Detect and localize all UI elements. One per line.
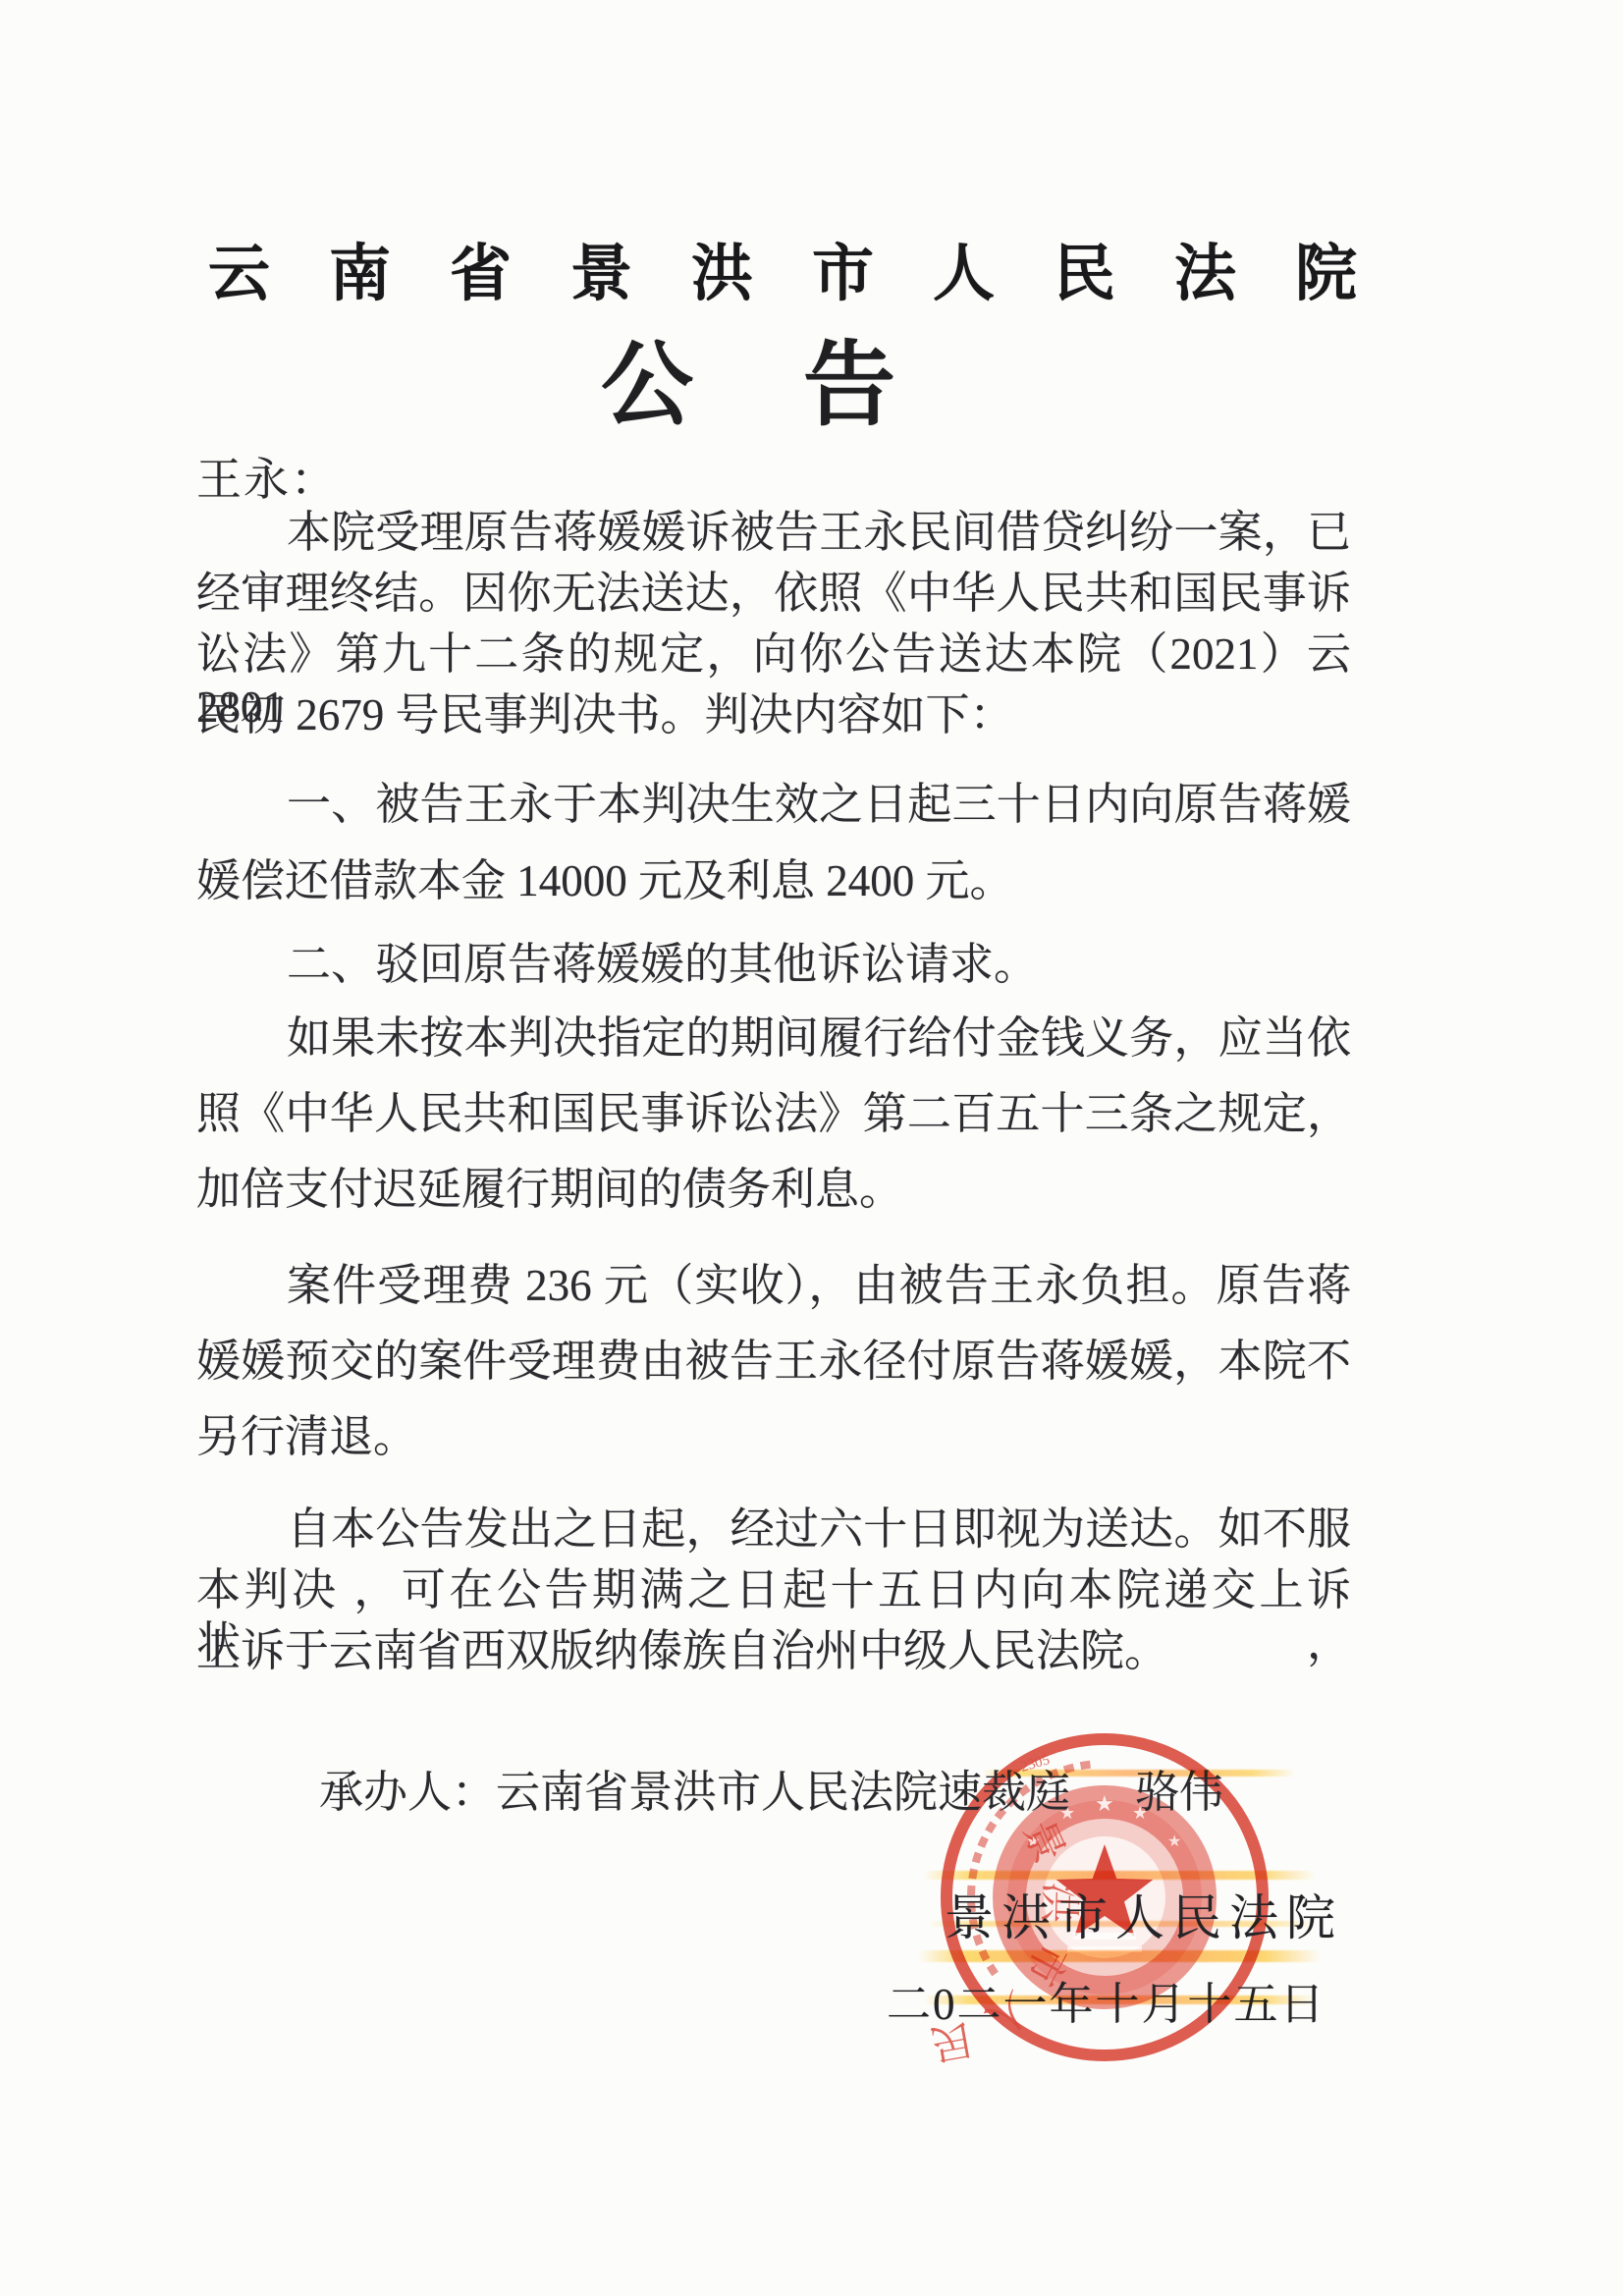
body-line: 上诉于云南省西双版纳傣族自治州中级人民法院。 [196,1624,1351,1677]
notice-heading: 公告 [601,310,1005,443]
body-line: 案件受理费 236 元（实收），由被告王永负担。原告蒋 [196,1259,1351,1312]
scan-highlight-streak [918,1950,1321,1962]
body-line: 另行清退。 [196,1410,1351,1463]
body-line: 二、驳回原告蒋媛媛的其他诉讼请求。 [196,938,1351,991]
body-line: 媛偿还借款本金 14000 元及利息 2400 元。 [196,854,1351,907]
body-line: 照《中华人民共和国民事诉讼法》第二百五十三条之规定， [196,1087,1351,1140]
signature-court-name: 景洪市人民法院 [945,1879,1343,1949]
court-notice-document: 云南省景洪市人民法院 公告 王永： 本院受理原告蒋媛媛诉被告王永民间借贷纠纷一案… [0,0,1623,2296]
organizer-label: 承办人：云南省景洪市人民法院速裁庭 [319,1768,1070,1817]
scan-highlight-streak [923,1871,1316,1880]
body-line: 如果未按本判决指定的期间履行给付金钱义务，应当依 [196,1011,1351,1065]
body-line: 民初 2679 号民事判决书。判决内容如下： [196,688,1351,741]
body-line: 一、被告王永于本判决生效之日起三十日内向原告蒋媛 [196,778,1351,831]
body-line: 本院受理原告蒋媛媛诉被告王永民间借贷纠纷一案，已 [196,506,1351,559]
scan-highlight-streak [923,1995,1316,2004]
seal-small-star-icon: ★ [1167,1833,1181,1850]
organizer-line: 承办人：云南省景洪市人民法院速裁庭骆伟 [319,1756,1223,1820]
body-line: 加倍支付迟延履行期间的债务利息。 [196,1163,1351,1216]
court-title: 云南省景洪市人民法院 [208,224,1416,313]
body-line: 自本公告发出之日起，经过六十日即视为送达。如不服 [196,1503,1351,1556]
salutation: 王永： [196,444,338,509]
body-line: 媛媛预交的案件受理费由被告王永径付原告蒋媛媛，本院不 [196,1335,1351,1388]
body-line: 经审理终结。因你无法送达，依照《中华人民共和国民事诉 [196,567,1351,620]
scan-highlight-streak [928,1921,1316,1927]
scan-highlight-streak [982,1770,1296,1777]
